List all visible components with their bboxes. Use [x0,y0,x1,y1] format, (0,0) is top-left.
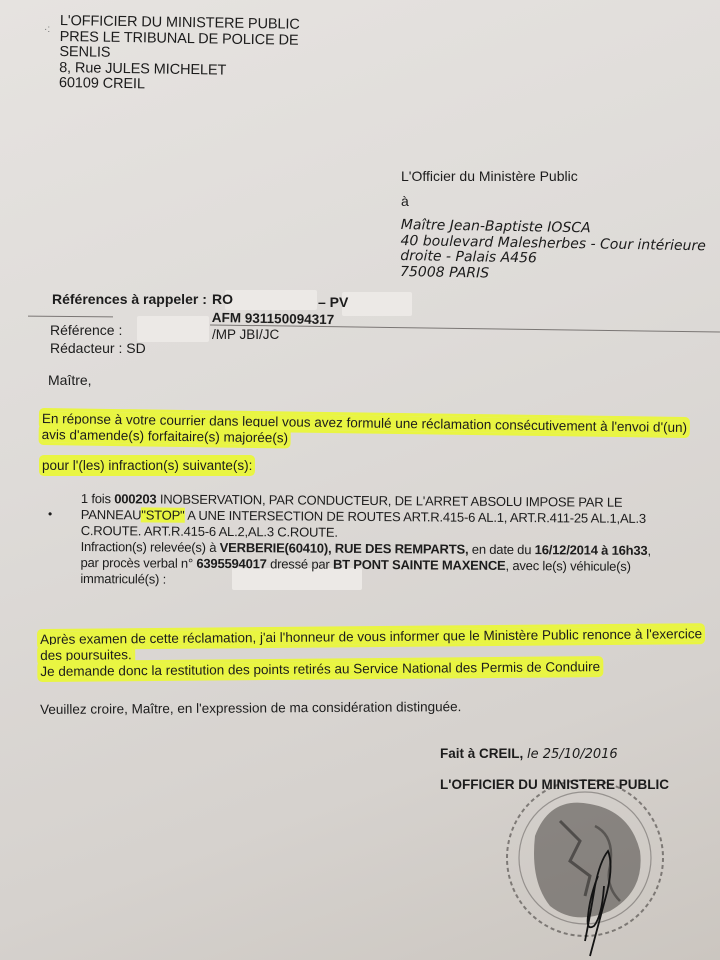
to-word: à [401,193,409,209]
redacteur: Rédacteur : SD [50,340,146,356]
redacted-block [342,292,412,316]
signatory-title: L'OFFICIER DU MINISTERE PUBLIC [440,777,669,792]
signature-place: Fait à CREIL, [440,746,523,761]
infraction-code: 000203 [114,491,156,506]
pv-label: par procès verbal n° [80,555,193,571]
highlighted-text: avis d'amende(s) forfaitaire(s) majorée(… [42,427,289,445]
references-prefix: RO [212,291,233,307]
references-suffix: – PV [318,294,348,310]
infraction-count: 1 fois [81,491,111,506]
redacted-block [225,290,317,310]
infractions-lead: pour l'(les) infraction(s) suivante(s): [42,458,252,473]
letter-page: ·: L'OFFICIER DU MINISTERE PUBLIC PRES L… [0,0,720,960]
signature-date: le 25/10/2016 [527,747,618,762]
stop-highlight: "STOP" [141,507,184,522]
official-seal-icon [490,766,680,960]
infraction-datetime: 16/12/2014 à 16h33 [535,542,648,558]
sender-address: L'OFFICIER DU MINISTERE PUBLIC PRES LE T… [59,14,300,95]
sender-line: 60109 CREIL [59,76,299,95]
highlighted-text: des poursuites. [40,647,132,663]
reference-suffix: /MP JBI/JC [212,327,279,342]
infraction-noted: Infraction(s) relevée(s) à [81,539,217,555]
signature-place-date: Fait à CREIL, le 25/10/2016 [440,746,618,762]
salutation: Maître, [48,372,92,388]
infraction-details: 1 fois 000203 INOBSERVATION, PAR CONDUCT… [80,491,651,591]
infraction-date-label: en date du [472,542,532,557]
from-line: L'Officier du Ministère Public [401,168,578,184]
decision-paragraph: Après examen de cette réclamation, j'ai … [40,626,702,680]
infraction-desc: INOBSERVATION, PAR CONDUCTEUR, DE L'ARRE… [160,492,623,510]
pv-vehicle-label: , avec le(s) véhicule(s) [505,558,630,574]
pv-number: 6395594017 [196,556,266,571]
infraction-desc: A UNE INTERSECTION DE ROUTES ART.R.415-6… [187,508,646,526]
reference-label: Référence : [50,322,122,338]
pv-by-label: dressé par [270,556,330,571]
intro-paragraph: En réponse à votre courrier dans lequel … [42,411,688,452]
redacted-block [137,316,209,342]
closing-formula: Veuillez croire, Maître, en l'expression… [40,699,461,717]
recipient-address: Maître Jean-Baptiste IOSCA 40 boulevard … [400,218,706,285]
bullet-icon: • [48,507,52,521]
references-label: Références à rappeler : [52,291,207,307]
infraction-desc: PANNEAU [81,507,142,522]
divider [210,324,720,332]
infraction-location: VERBERIE(60410), RUE DES REMPARTS, [220,540,469,557]
pv-issuer: BT PONT SAINTE MAXENCE [333,557,506,573]
highlighted-text: pour l'(les) infraction(s) suivante(s): [42,458,252,473]
punch-mark: ·: [44,24,50,35]
divider [28,316,113,318]
